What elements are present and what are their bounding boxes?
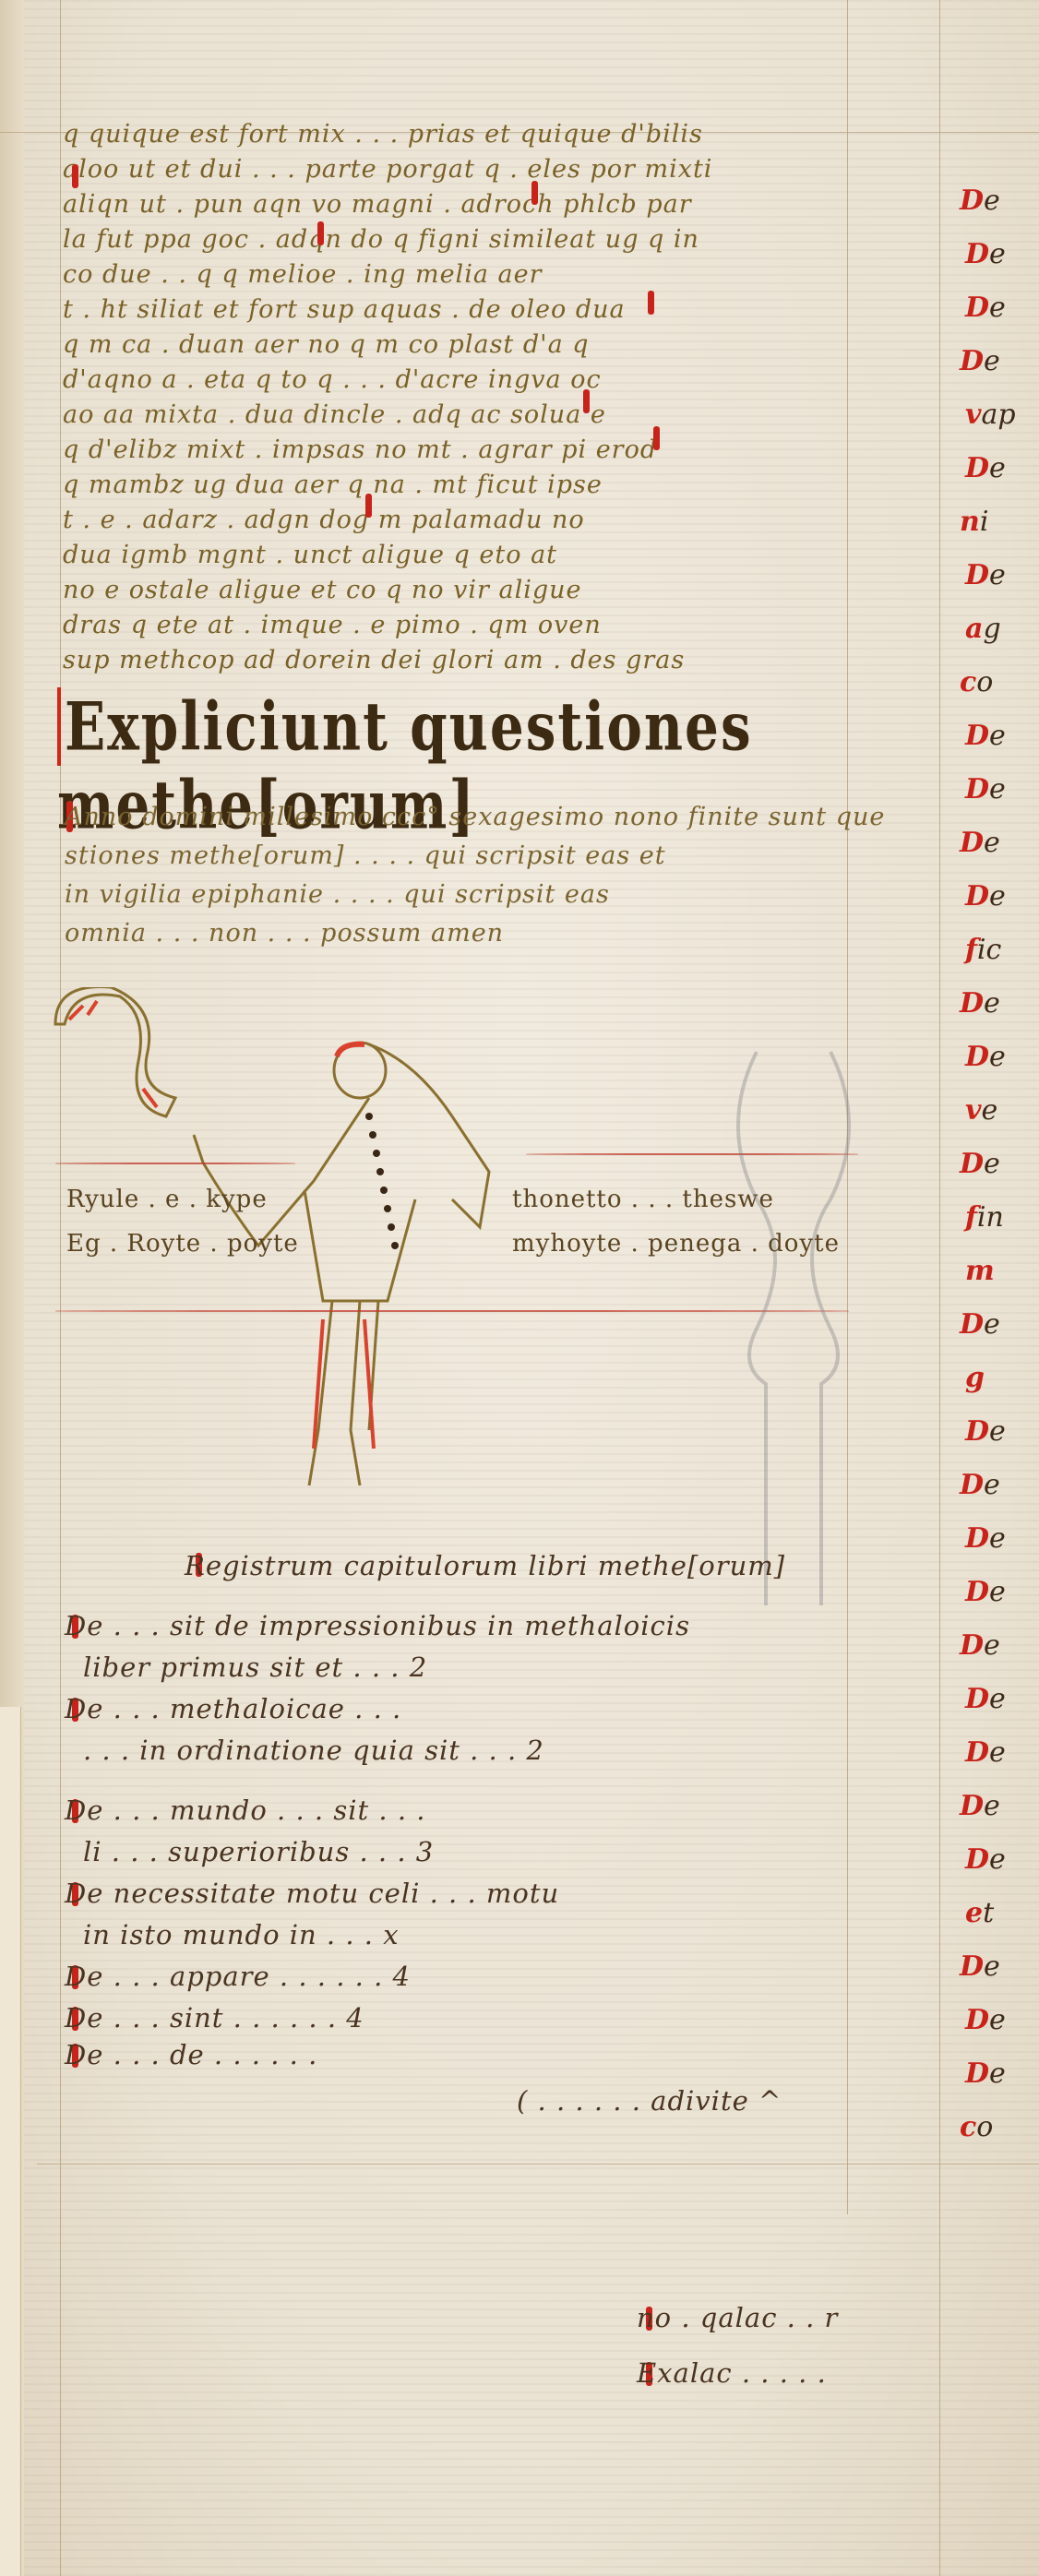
margin-entry: De — [965, 1415, 1006, 1448]
margin-entry: De — [960, 1148, 1000, 1180]
margin-entry: De — [965, 2057, 1006, 2090]
margin-entry: De — [965, 880, 1006, 912]
list-item-cont: . . . in ordinatione quia sit . . . 2 — [83, 1735, 544, 1766]
margin-entry: De — [965, 720, 1006, 752]
margin-entry: De — [965, 292, 1006, 324]
list-item: De . . . mundo . . . sit . . . — [65, 1795, 425, 1826]
rubric-stroke — [365, 494, 372, 518]
margin-entry: m — [965, 1255, 995, 1287]
margin-entry: fic — [965, 934, 1001, 966]
text-line: q m ca . duan aer no q m co plast d'a q — [63, 330, 590, 359]
list-item-cont: in isto mundo in . . . x — [83, 1919, 400, 1950]
figure-label: Ryule . e . kype — [66, 1186, 268, 1213]
margin-entry: De — [965, 559, 1006, 591]
rubric-stroke — [653, 426, 660, 450]
page-tab-edge — [0, 1707, 21, 2576]
margin-entry: De — [965, 1683, 1006, 1715]
text-line: d'aqno a . eta q to q . . . d'acre ingva… — [63, 365, 602, 394]
margin-entry: De — [960, 1308, 1000, 1341]
margin-entry: vap — [965, 399, 1016, 431]
text-line: ao aa mixta . dua dincle . adq ac solua … — [63, 400, 606, 429]
colophon-line: Anno domini millesimo ccc° sexagesimo no… — [65, 803, 885, 831]
margin-entry: De — [960, 345, 1000, 377]
heading-initial: E — [57, 687, 107, 766]
text-line: dua igmb mgnt . unct aligue q eto at — [63, 541, 557, 569]
margin-entry: De — [960, 1790, 1000, 1822]
margin-entry: De — [960, 1469, 1000, 1501]
rubric-stroke — [583, 389, 590, 413]
margin-entry: De — [965, 773, 1006, 805]
margin-entry: De — [965, 2004, 1006, 2036]
margin-entry: co — [960, 666, 993, 698]
list-item-cont: li . . . superioribus . . . 3 — [83, 1836, 434, 1867]
colophon-line: in vigilia epiphanie . . . . qui scripsi… — [65, 880, 610, 909]
margin-entry: De — [965, 1576, 1006, 1608]
text-line: q d'elibz mixt . impsas no mt . agrar pi… — [63, 435, 657, 464]
rubric-stroke — [531, 181, 538, 205]
margin-entry: et — [965, 1897, 994, 1929]
margin-entry: g — [965, 1362, 985, 1394]
margin-entry: De — [965, 238, 1006, 270]
figure-label: Eg . Royte . poyte — [66, 1230, 299, 1258]
margin-entry: ni — [960, 506, 988, 538]
margin-entry: ve — [965, 1094, 997, 1127]
list-item: De . . . sit de impressionibus in methal… — [65, 1610, 690, 1641]
bleed-through-drawing — [701, 1015, 886, 1624]
margin-entry: ag — [965, 613, 1001, 645]
margin-entry: De — [960, 1629, 1000, 1662]
text-line: aliqn ut . pun aqn vo magni . adroch phl… — [63, 190, 692, 219]
ruling-bottom — [37, 2164, 1039, 2165]
list-item: De . . . appare . . . . . . 4 — [65, 1961, 411, 1992]
text-line: sup methcop ad dorein dei glori am . des… — [63, 646, 685, 674]
rubric-stroke — [72, 164, 78, 188]
manuscript-page: q quique est fort mix . . . prias et qui… — [0, 0, 1039, 2576]
text-line: aloo ut et dui . . . parte porgat q . el… — [63, 155, 712, 184]
list-title: Registrum capitulorum libri methe[orum] — [185, 1550, 785, 1581]
margin-entry: De — [965, 1843, 1006, 1876]
colophon-line: omnia . . . non . . . possum amen — [65, 919, 504, 948]
colophon-line: stiones methe[orum] . . . . qui scripsit… — [65, 841, 666, 870]
margin-entry: De — [960, 827, 1000, 859]
ruling-margin — [939, 0, 940, 2576]
rubric-stroke — [648, 291, 654, 315]
text-line: t . ht siliat et fort sup aquas . de ole… — [63, 295, 626, 324]
margin-entry: co — [960, 2111, 993, 2143]
text-line: no e ostale aligue et co q no vir aligue — [63, 576, 582, 604]
rubric-stroke — [317, 221, 324, 245]
margin-entry: De — [960, 185, 1000, 217]
text-line: t . e . adarz . adgn dog m palamadu no — [63, 506, 585, 534]
margin-entry: De — [965, 1041, 1006, 1073]
list-item: De . . . methaloicae . . . — [65, 1693, 401, 1724]
text-line: dras q ete at . imque . e pimo . qm oven — [63, 611, 602, 639]
margin-entry: De — [965, 1522, 1006, 1555]
list-item: De necessitate motu celi . . . motu — [65, 1878, 559, 1909]
margin-entry: fin — [965, 1201, 1004, 1234]
note-line: Exalac . . . . . — [637, 2357, 827, 2389]
text-line: la fut ppa goc . adqn do q figni similea… — [63, 225, 699, 254]
margin-entry: De — [960, 987, 1000, 1020]
red-guide-line — [55, 1163, 295, 1164]
margin-entry: De — [960, 1950, 1000, 1983]
note-line: no . qalac . . r — [637, 2302, 838, 2333]
list-item: De . . . de . . . . . . — [65, 2039, 317, 2070]
text-line: q mambz ug dua aer q na . mt ficut ipse — [63, 471, 603, 499]
text-line: co due . . q q melioe . ing melia aer — [63, 260, 543, 289]
text-line: q quique est fort mix . . . prias et qui… — [63, 120, 703, 149]
margin-entry: De — [965, 1736, 1006, 1769]
margin-entry: De — [965, 452, 1006, 484]
list-item-cont: liber primus sit et . . . 2 — [83, 1652, 427, 1683]
list-item: De . . . sint . . . . . . 4 — [65, 2002, 364, 2033]
list-trailing-note: ( . . . . . . adivite ^ — [517, 2085, 782, 2117]
